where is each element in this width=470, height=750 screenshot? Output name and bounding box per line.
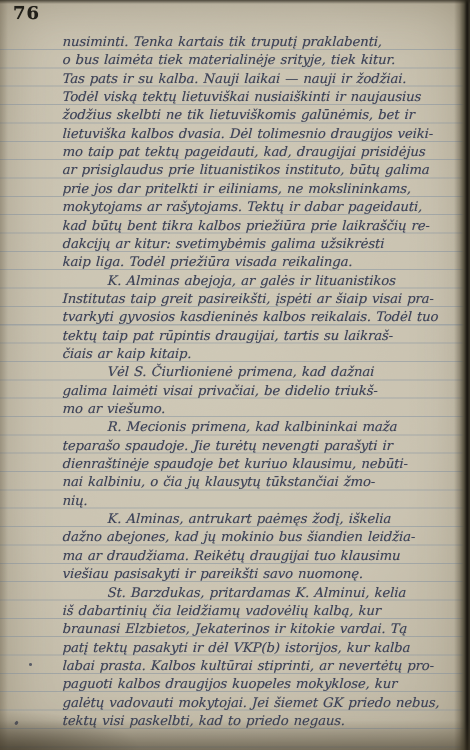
ink-speck [29,663,32,666]
page-bottom-shadow [0,720,470,750]
manuscript-line: kad būtų bent tikra kalbos priežiūra pri… [62,218,465,237]
manuscript-line: kaip liga. Todėl priežiūra visada reikal… [62,254,465,273]
page-edge-top [0,0,470,4]
page-edge-left [0,0,8,750]
handwritten-text-block: nusiminti. Tenka kartais tik truputį pra… [0,0,470,750]
manuscript-line: o bus laimėta tiek materialinėje srityje… [62,52,465,71]
manuscript-line: prie jos dar pritelkti ir eiliniams, ne … [62,181,465,200]
manuscript-line: K. Alminas, antrukart paėmęs žodį, iškel… [62,511,470,530]
manuscript-line: tektų taip pat rūpintis draugijai, tarti… [62,328,465,347]
manuscript-line: ma ar draudžiama. Reikėtų draugijai tuo … [62,548,465,567]
manuscript-line: mokytojams ar rašytojams. Tektų ir dabar… [62,199,465,218]
manuscript-line: labai prasta. Kalbos kultūrai stiprinti,… [62,658,465,677]
manuscript-line: R. Mecionis primena, kad kalbininkai maž… [62,419,470,438]
manuscript-line: braunasi Elzbietos, Jekaterinos ir kitok… [62,621,465,640]
manuscript-line: nių. [62,493,465,512]
page-edge-right [454,0,470,750]
manuscript-line: mo taip pat tektų pageidauti, kad, draug… [62,144,465,163]
manuscript-line: nai kalbiniu, o čia jų klausytų tūkstanč… [62,474,465,493]
manuscript-page: 76 nusiminti. Tenka kartais tik truputį … [0,0,470,750]
manuscript-line: galima laimėti visai privačiai, be didel… [62,383,465,402]
manuscript-line: Todėl viską tektų lietuviškai nusiaiškin… [62,89,465,108]
manuscript-line: viešiau pasisakyti ir pareikšti savo nuo… [62,566,465,585]
manuscript-line: Institutas taip greit pasireikšti, įspėt… [62,291,465,310]
manuscript-line: lietuviška kalbos dvasia. Dėl tolimesnio… [62,126,465,145]
manuscript-line: mo ar viešumo. [62,401,465,420]
manuscript-line: Tas pats ir su kalba. Nauji laikai — nau… [62,71,465,90]
manuscript-line: tvarkyti gyvosios kasdieninės kalbos rei… [62,309,465,328]
manuscript-line: iš dabartinių čia leidžiamų vadovėlių ka… [62,603,465,622]
manuscript-line: žodžius skelbti ne tik lietuviškomis gal… [62,107,465,126]
manuscript-line: čiais ar kaip kitaip. [62,346,465,365]
manuscript-line: ar prisiglaudus prie lituanistikos insti… [62,162,465,181]
manuscript-line: teparašo spaudoje. Jie turėtų nevengti p… [62,438,465,457]
ink-speck [204,56,206,58]
manuscript-line: dakcijų ar kitur: svetimybėmis galima už… [62,236,465,255]
manuscript-line: dienraštinėje spaudoje bet kuriuo klausi… [62,456,465,475]
manuscript-line: patį tektų pasakyti ir dėl VKP(b) istori… [62,640,465,659]
manuscript-line: Vėl S. Čiurlionienė primena, kad dažnai [62,364,470,383]
ink-speck [89,134,91,136]
manuscript-line: dažno abejones, kad jų mokinio bus šiand… [62,529,465,548]
manuscript-line: St. Barzdukas, pritardamas K. Alminui, k… [62,585,470,604]
manuscript-line: K. Alminas abejoja, ar galės ir lituanis… [62,273,470,292]
manuscript-line: nusiminti. Tenka kartais tik truputį pra… [62,34,465,53]
